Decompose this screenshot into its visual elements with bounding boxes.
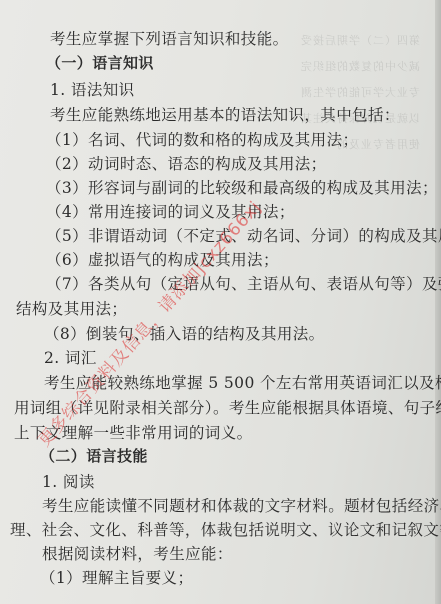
grammar-lead: 考生应能熟练地运用基本的语法知识，其中包括： <box>50 103 400 125</box>
reading-paragraph-line: 理、社会、文化、科普等，体裁包括说明文、议论文和记叙文等。 <box>10 518 441 540</box>
reading-paragraph-line: 考生应能读懂不同题材和体裁的文字材料。题材包括经济、管 <box>42 494 441 516</box>
bleed-line: 第四（二）学期后接受是否 <box>300 28 420 54</box>
grammar-item: （4）常用连接词的词义及其用法； <box>46 200 295 222</box>
vocabulary-paragraph-line: 考生应能较熟练地掌握 5 500 个左右常用英语词汇以及相关常 <box>44 371 441 393</box>
grammar-item: （5）非谓语动词（不定式、动名词、分词）的构成及其用法； <box>46 224 441 246</box>
grammar-item: （8）倒装句、插入语的结构及其用法。 <box>44 322 325 344</box>
grammar-item: （3）形容词与副词的比较级和最高级的构成及其用法； <box>46 176 438 198</box>
grammar-item: （1）名词、代词的数和格的构成及其用法； <box>46 128 358 150</box>
subsection-title-grammar: 1. 语法知识 <box>50 78 135 100</box>
subsection-title-vocabulary: 2. 词汇 <box>44 346 97 368</box>
vocabulary-paragraph-line: 上下文理解一些非常用词的词义。 <box>14 421 253 443</box>
intro-text: 考生应掌握下列语言知识和技能。 <box>50 27 289 49</box>
bleed-line: 减少中的复数的组织完成的 <box>300 54 420 80</box>
grammar-item: （2）动词时态、语态的构成及其用法； <box>46 152 327 174</box>
reading-item: （1）理解主旨要义； <box>40 566 193 588</box>
subsection-title-reading: 1. 阅读 <box>42 470 95 492</box>
grammar-item-continuation: 结构及其用法； <box>16 297 127 319</box>
grammar-item: （7）各类从句（定语从句、主语从句、表语从句等）及强调句型的 <box>46 272 441 294</box>
section-heading-language-knowledge: （一）语言知识 <box>46 52 154 73</box>
vocabulary-paragraph-line: 用词组（详见附录相关部分）。考生应能根据具体语境、句子结构或 <box>14 396 441 418</box>
reading-lead: 根据阅读材料，考生应能： <box>42 542 233 564</box>
grammar-item: （6）虚拟语气的构成及其用法； <box>46 248 279 270</box>
section-heading-language-skills: （二）语言技能 <box>40 445 148 466</box>
